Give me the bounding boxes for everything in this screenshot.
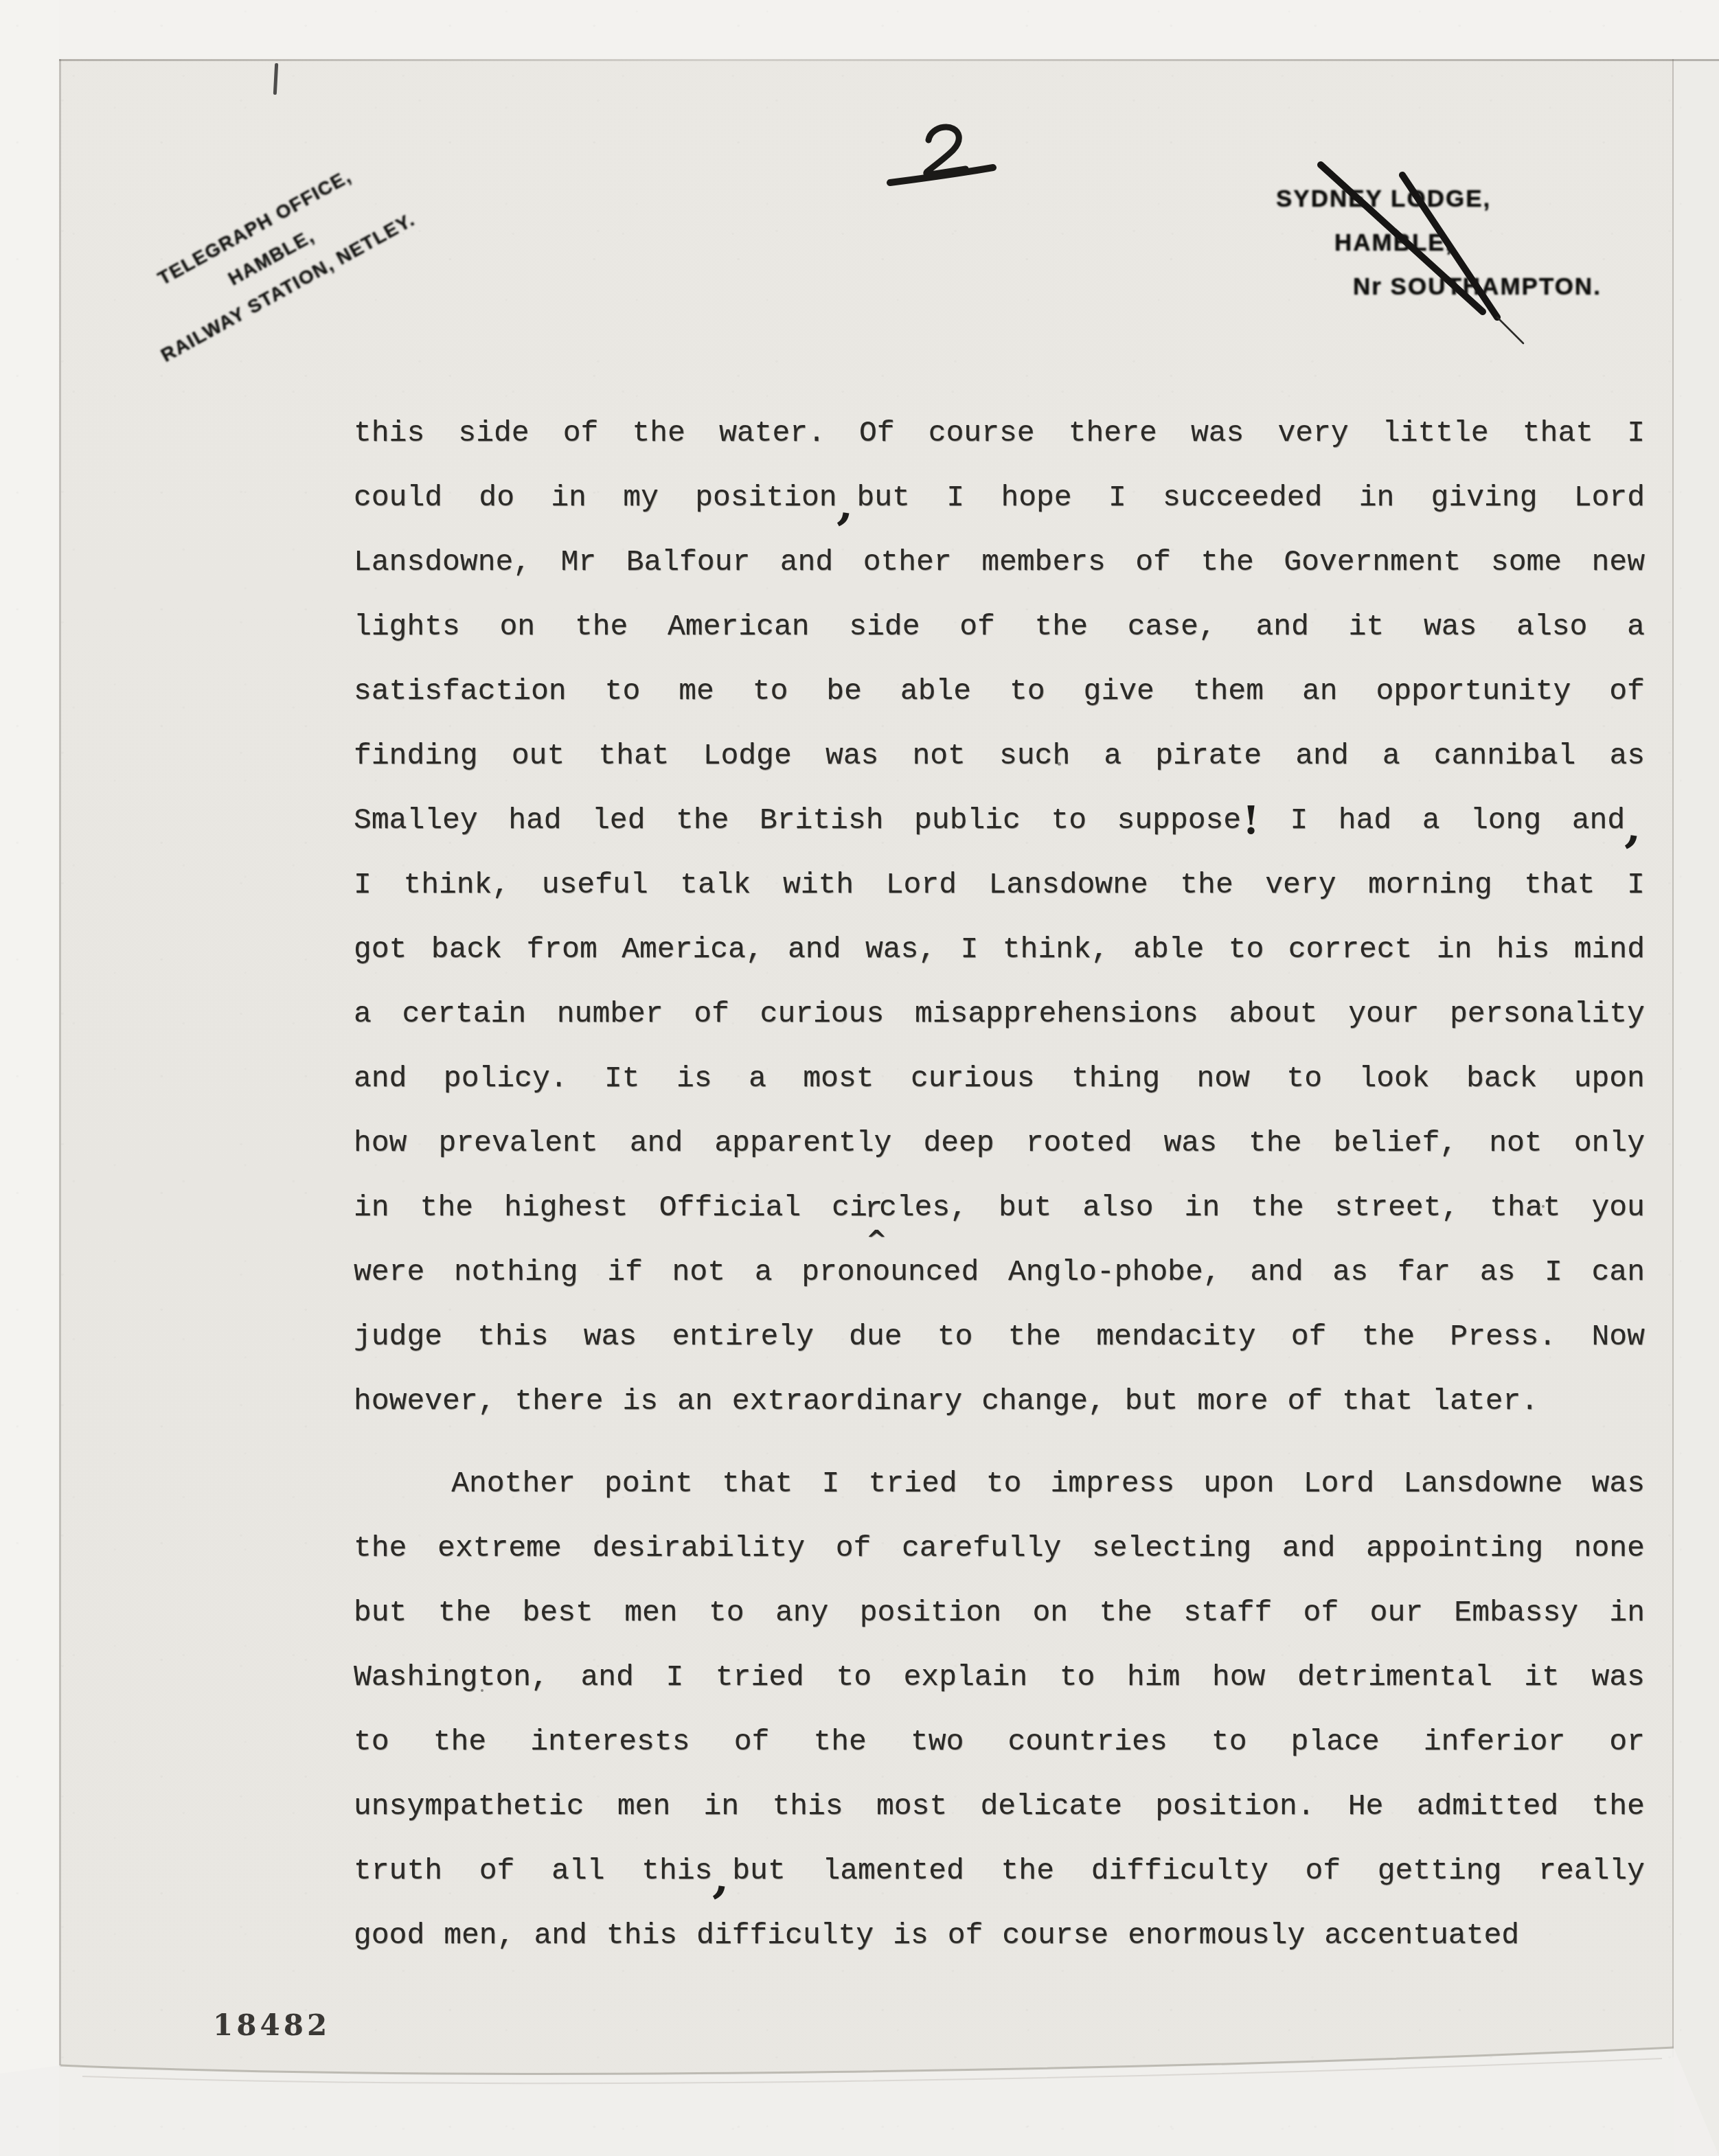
letter-line: coulddoinmyposition,butIhopeIsucceededin… [354,466,1645,530]
typed-word: He [1348,1774,1384,1839]
typed-word: number [557,982,663,1046]
typed-word: as [1480,1240,1516,1305]
typed-word: course [929,401,1035,466]
typed-word: belief, [1334,1111,1458,1176]
typed-word: pirate [1155,724,1262,788]
typed-word: now [1196,1046,1249,1111]
typed-word: to [937,1305,973,1369]
typed-word: this [354,401,424,466]
typed-word: the [1200,530,1253,595]
typed-word: selecting [1092,1516,1251,1581]
letter-line: howprevalentandapparentlydeeprootedwasth… [354,1111,1645,1176]
typed-word: that [598,724,669,788]
typed-word: of [1291,1305,1327,1369]
typed-word: long [1470,788,1541,853]
typed-word: this,but [641,1839,786,1903]
typed-word: far [1398,1240,1450,1305]
typed-word: the [433,1710,486,1774]
typed-word: how [354,1111,407,1176]
typed-word: countries [1008,1710,1167,1774]
typed-word: explain [904,1645,1028,1710]
letter-line: Ithink,usefultalkwithLordLansdownethever… [354,853,1645,917]
typed-word: giving [1431,466,1538,530]
typed-word: the [1008,1305,1061,1369]
typed-word: I [354,853,372,917]
typed-word: due [849,1305,902,1369]
typed-word: the [813,1710,866,1774]
typed-word: upon [1203,1452,1274,1516]
typed-word: to [1051,788,1086,853]
typed-word: as [1609,724,1645,788]
typed-word: and [630,1111,683,1176]
typed-word: was [1592,1452,1645,1516]
typed-word: it [1349,595,1385,659]
typed-word: able [1133,917,1204,982]
typed-word: side [458,401,529,466]
typed-word: led [592,788,645,853]
typed-word: but [354,1581,407,1645]
typed-word: and [1282,1516,1335,1581]
typed-word: to [1010,659,1045,724]
typed-word: the [1251,1176,1304,1240]
typed-word: also [1082,1176,1153,1240]
typed-word: I [1627,401,1645,466]
letter-line: findingoutthatLodgewasnotsuchapirateanda… [354,724,1645,788]
typed-word: policy. [444,1046,568,1111]
typed-word: little [1382,401,1489,466]
typed-word: him [1127,1645,1180,1710]
typed-word: delicate [981,1774,1122,1839]
typed-word: in [1437,917,1472,982]
typed-word: upon [1574,1046,1645,1111]
letter-line: werenothingifnotapronouncedAnglo-phobe,a… [354,1240,1645,1305]
typed-word: of [948,1903,983,1968]
typed-word: lights [354,595,460,659]
typed-word: change, [981,1369,1106,1434]
typed-word: with [783,853,854,917]
typed-word: an [1302,659,1338,724]
handwritten-comma: , [839,504,854,506]
typed-word: most [803,1046,874,1111]
typed-word: to [1060,1645,1095,1710]
typed-word: position. [1155,1774,1314,1839]
typed-word: the [1362,1305,1415,1369]
typed-word: this [477,1305,548,1369]
typed-word: was [584,1305,637,1369]
typed-word: be [826,659,862,724]
typed-word: and [580,1645,633,1710]
typed-word: course [1002,1903,1108,1968]
typed-word: had [1339,788,1391,853]
typed-word: back [1466,1046,1537,1111]
typed-word: new [1592,530,1645,595]
typed-word: was [1591,1645,1644,1710]
typed-word: Smalley [354,788,478,853]
crossout-stroke [1402,175,1497,317]
typed-word: getting [1378,1839,1502,1903]
typed-word: public [914,788,1021,853]
typed-word: misapprehensions [915,982,1198,1046]
typed-word: rooted [1026,1111,1132,1176]
typed-word: Lord [1304,1452,1374,1516]
typed-word: impress [1051,1452,1175,1516]
letter-line: theextremedesirabilityofcarefullyselecti… [354,1516,1645,1581]
crossout-stroke [1321,165,1483,312]
typed-word: and [1295,724,1348,788]
typed-word: of [1287,1369,1323,1434]
typed-word: unsympathetic [354,1774,584,1839]
typed-word: and, [1572,788,1645,853]
typed-word: succeeded [1163,466,1322,530]
typed-word: to [1286,1046,1322,1111]
typed-word: look [1358,1046,1429,1111]
typed-word: of [1609,659,1645,724]
typed-word: and [1250,1240,1303,1305]
typed-word: was [826,724,878,788]
typed-word: very [1265,853,1336,917]
typed-word: a [354,982,372,1046]
typed-word: certain [402,982,526,1046]
typed-word: Embassy [1454,1581,1578,1645]
stray-ink-mark [273,63,278,95]
typed-word: of [694,982,729,1046]
typed-word: the [354,1516,407,1581]
typed-word: good [354,1903,424,1968]
typed-word: It [604,1046,640,1111]
typed-word: suppose! [1117,788,1259,853]
typed-word: truth [354,1839,442,1903]
handwritten-comma: , [715,1877,730,1879]
typed-word: Washington, [354,1645,549,1710]
typed-word: Another [451,1452,576,1516]
typed-word: in [551,466,587,530]
typed-word: street, [1335,1176,1459,1240]
typed-word: Balfour [626,530,751,595]
typed-word: such [999,724,1070,788]
typed-word: water. [719,401,826,466]
letter-line: Lansdowne,MrBalfourandothermembersoftheG… [354,530,1645,595]
typed-word: the [1001,1839,1054,1903]
typed-word: on [500,595,536,659]
typed-word: finding [354,724,478,788]
typed-word: cannibal [1434,724,1575,788]
typed-word: was [1191,401,1244,466]
typed-word: got [354,917,407,982]
letter-line: lightsontheAmericansideofthecase,anditwa… [354,595,1645,659]
telegraph-office-stamp: TELEGRAPH OFFICE, HAMBLE, RAILWAY STATIO… [102,133,441,382]
typed-word: carefully [902,1516,1061,1581]
typed-word: the [1249,1111,1301,1176]
typed-word: the [575,595,628,659]
typed-word: a [749,1046,766,1111]
typed-word: of [959,595,995,659]
typed-word: position [860,1581,1001,1645]
typed-word: of [479,1839,515,1903]
typed-word: to [986,1452,1022,1516]
typed-word: and [788,917,841,982]
typed-word: and [354,1046,407,1111]
typed-word: difficulty [1091,1839,1268,1903]
typed-word: was [1164,1111,1217,1176]
typed-word: an [677,1369,713,1434]
typed-word: mendacity [1096,1305,1255,1369]
typed-word: in [1609,1581,1645,1645]
typed-word: to [354,1710,389,1774]
typed-word: that [1524,853,1595,917]
typed-word: nothing [454,1240,578,1305]
letter-line: AnotherpointthatItriedtoimpressuponLordL… [354,1452,1645,1516]
handwritten-2-glyph [879,111,1010,187]
typed-word: his [1496,917,1549,982]
typed-word: Press. [1450,1305,1556,1369]
typed-word: extreme [437,1516,562,1581]
typed-word: able [900,659,971,724]
typed-word: point [604,1452,693,1516]
letter-line: acertainnumberofcuriousmisapprehensionsa… [354,982,1645,1046]
typed-word: my [623,466,659,530]
typed-word: there [1069,401,1157,466]
typed-word: America, [622,917,763,982]
typed-word: had [508,788,561,853]
typed-word: interests [530,1710,690,1774]
typed-word: Now [1591,1305,1644,1369]
typed-word: correct [1288,917,1413,982]
typed-word: really [1538,1839,1645,1903]
typed-word: lamented [822,1839,964,1903]
typed-word: Lord [886,853,957,917]
typed-word: later. [1432,1369,1538,1434]
typed-word: staff [1183,1581,1272,1645]
typed-word: but [1125,1369,1178,1434]
typed-word: not [1489,1111,1542,1176]
letter-line: inthehighestOfficialcir^cles,butalsointh… [354,1176,1645,1240]
typed-word: Official [659,1176,801,1240]
typed-word: members [981,530,1106,595]
typed-word: Of [859,401,895,466]
typed-word: you [1591,1176,1644,1240]
typed-word: accentuated [1324,1903,1519,1968]
scan-top-margin [0,0,1719,59]
typed-word: the [1035,595,1088,659]
typed-word: a [1627,595,1645,659]
typed-word: curious [760,982,885,1046]
typed-word: to [753,659,788,724]
typed-word: other [863,530,952,595]
letter-body: thissideofthewater.Ofcoursetherewasveryl… [354,401,1645,1968]
typed-word: Lodge [703,724,792,788]
typed-word: to [836,1645,872,1710]
typed-word: however, [354,1369,495,1434]
typed-word: some [1491,530,1562,595]
typed-word: but [999,1176,1051,1240]
typed-word: I [961,917,979,982]
typed-word: give [1084,659,1154,724]
typed-word: extraordinary [732,1369,962,1434]
typed-word: detrimental [1297,1645,1492,1710]
typed-word: and [1255,595,1308,659]
typed-word: to [1229,917,1264,982]
scan-left-margin [0,0,59,2156]
handwritten-page-number [879,111,1010,187]
typed-word: two [911,1710,964,1774]
typed-word: that [1490,1176,1560,1240]
typed-word: Lansdowne, [354,530,531,595]
typed-word: appointing [1366,1516,1543,1581]
typed-word: the [676,788,729,853]
typed-word: difficulty [696,1903,874,1968]
typed-word: this [772,1774,843,1839]
typed-word: was, [865,917,936,982]
letter-paragraph: thissideofthewater.Ofcoursetherewasveryl… [354,401,1645,1434]
typed-word: men [617,1774,670,1839]
typed-word: I [1108,466,1126,530]
typed-word: and [534,1903,587,1968]
typed-word: curious [911,1046,1035,1111]
typed-word: me [679,659,714,724]
letter-line: judgethiswasentirelyduetothemendacityoft… [354,1305,1645,1369]
letter-line: andpolicy.Itisamostcuriousthingnowtolook… [354,1046,1645,1111]
typed-word: I [1627,853,1645,917]
typed-word: in [354,1176,389,1240]
typed-word: a [1382,724,1400,788]
typed-word: cir^cles, [832,1176,968,1240]
typed-word: is [622,1369,658,1434]
typed-word: Government [1284,530,1461,595]
typed-word: could [354,466,442,530]
letter-line: Washington,andItriedtoexplaintohimhowdet… [354,1645,1645,1710]
letter-line: unsympatheticmeninthismostdelicatepositi… [354,1774,1645,1839]
typed-word: none [1574,1516,1645,1581]
typed-word: satisfaction [354,659,567,724]
insertion-caret: ^ [866,1228,887,1253]
typed-word: place [1291,1710,1380,1774]
letter-line: thissideofthewater.Ofcoursetherewasveryl… [354,401,1645,466]
crossout-tail [1497,317,1523,343]
handwritten-comma: , [1627,827,1642,829]
typed-word: think, [1003,917,1109,982]
typed-word: to [709,1581,744,1645]
typed-word: of [563,401,599,466]
letter-line: totheinterestsofthetwocountriestoplacein… [354,1710,1645,1774]
typed-word: men, [444,1903,514,1968]
letter-line: butthebestmentoanypositiononthestaffofou… [354,1581,1645,1645]
typed-word: your [1348,982,1419,1046]
typed-word: position,but [695,466,910,530]
paper-bottom-edge [0,2026,1719,2156]
typed-word: in [1185,1176,1220,1240]
typed-word: Lansdowne [989,853,1148,917]
typed-word: in [704,1774,740,1839]
scan-right-margin [1674,59,1719,2156]
letter-line: satisfactiontometobeabletogivethemanoppo… [354,659,1645,724]
letter-line: however,thereisanextraordinarychange,but… [354,1369,1645,1434]
typed-word: highest [504,1176,628,1240]
typed-word: the [1591,1774,1644,1839]
typed-word: all [551,1839,604,1903]
typed-word: this [606,1903,677,1968]
typed-word: our [1370,1581,1423,1645]
letter-line: gotbackfromAmerica,andwas,Ithink,abletoc… [354,917,1645,982]
typed-word: the [438,1581,491,1645]
typed-word: to [1211,1710,1247,1774]
typed-word: best [523,1581,593,1645]
typed-word: was [1424,595,1477,659]
typed-word: Lansdowne [1403,1452,1562,1516]
typed-word: of [1305,1839,1341,1903]
typed-word: Lord [1574,466,1645,530]
paper-top-edge [59,59,1719,61]
typed-word: enormously [1128,1903,1305,1968]
typed-word: apparently [714,1111,891,1176]
typed-word: British [760,788,884,853]
typed-word: judge [354,1305,442,1369]
typed-word: a [755,1240,773,1305]
typed-word: that [1523,401,1593,466]
paper-right-edge [1672,59,1674,2057]
typed-word: the [1180,853,1233,917]
typed-word: to [605,659,641,724]
typed-word: I [665,1645,683,1710]
typed-word: pronounced [801,1240,979,1305]
typed-word: the [420,1176,473,1240]
letter-paragraph: AnotherpointthatItriedtoimpressuponLordL… [354,1452,1645,1968]
typed-word: men [624,1581,677,1645]
typed-word: of [1135,530,1171,595]
typed-word: only [1574,1111,1645,1176]
typed-word: or [1609,1710,1645,1774]
typed-word: in [1359,466,1395,530]
typed-word: entirely [672,1305,813,1369]
typed-word: more [1197,1369,1268,1434]
typed-word: is [893,1903,929,1968]
typed-word: thing [1071,1046,1160,1111]
paper-background: TELEGRAPH OFFICE, HAMBLE, RAILWAY STATIO… [0,0,1719,2156]
typed-word: Mr [561,530,597,595]
typed-word: from [527,917,597,982]
typed-word: morning [1368,853,1492,917]
typed-word: on [1032,1581,1068,1645]
typed-word: were [354,1240,424,1305]
typed-word: any [775,1581,828,1645]
typed-word: the [1099,1581,1152,1645]
scanned-letter-page: { "page": { "handwritten_number": "2", "… [0,0,1719,2156]
typed-word: back [431,917,502,982]
typed-word: of [1304,1581,1339,1645]
typed-word: as [1332,1240,1368,1305]
letter-line: goodmen,andthisdifficultyisofcourseenorm… [354,1903,1645,1968]
typed-word: I [822,1452,840,1516]
typed-word: also [1516,595,1587,659]
inserted-letter-r: r [865,1194,883,1224]
typed-word: if [607,1240,643,1305]
typed-word: I [1290,788,1308,853]
typed-word: the [632,401,685,466]
typed-word: is [676,1046,712,1111]
typed-word: of [734,1710,770,1774]
typed-word: American [668,595,809,659]
typed-word: I [946,466,964,530]
typed-word: inferior [1424,1710,1565,1774]
typed-word: not [672,1240,725,1305]
typed-word: Anglo-phobe, [1008,1240,1221,1305]
typed-word: of [836,1516,872,1581]
typed-word: tried [869,1452,957,1516]
typed-word: do [479,466,514,530]
typed-word: desirability [592,1516,805,1581]
typed-word: how [1212,1645,1265,1710]
typed-word: case, [1128,595,1216,659]
typed-word: mind [1574,917,1645,982]
